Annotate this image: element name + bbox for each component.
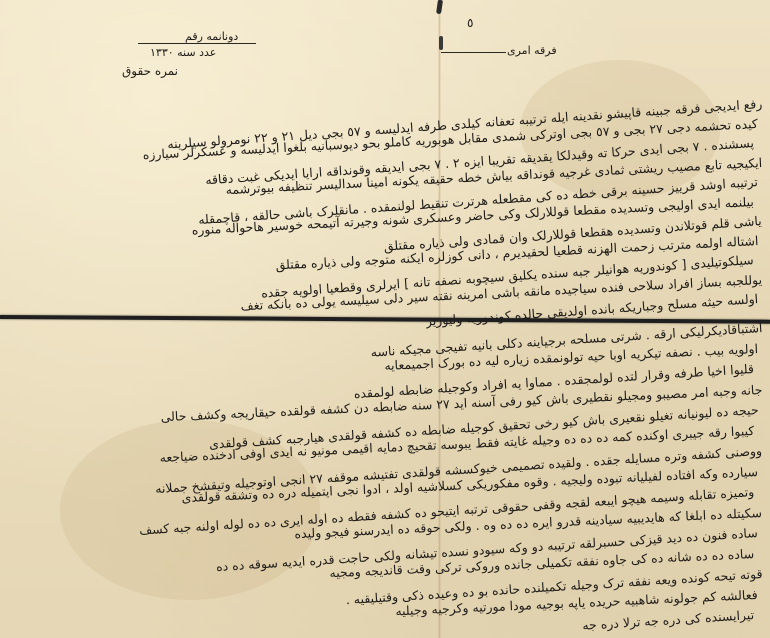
header-right-line: فرقه امری — [507, 44, 557, 57]
scanned-document-page: دونانمه رقم عدد سنه ١٣٣٠ نمره حقوق ٥ فرق… — [0, 0, 770, 638]
horizontal-fold-crease — [0, 315, 770, 324]
header-left-line2: عدد سنه ١٣٣٠ — [150, 46, 216, 59]
handwritten-line: تیرایسنده کی دره جه ترلا دره جه — [582, 607, 755, 633]
ink-blot — [436, 0, 443, 14]
header-left-line1: دونانمه رقم — [185, 30, 238, 43]
header-left-rule — [138, 43, 256, 44]
ink-blot — [439, 36, 443, 50]
header-left-line3: نمره حقوق — [122, 64, 178, 78]
header-right-mark: ٥ — [467, 16, 473, 30]
header-right-rule — [441, 52, 506, 53]
